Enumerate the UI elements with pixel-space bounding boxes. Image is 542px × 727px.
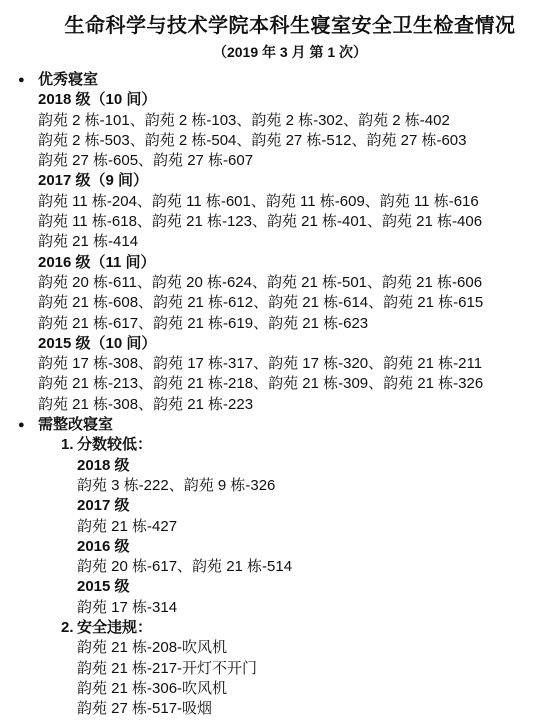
room-list-line: 韵苑 21 栋-608、韵苑 21 栋-612、韵苑 21 栋-614、韵苑 2… <box>38 293 542 313</box>
violation-line: 韵苑 27 栋-517-吸烟 <box>77 699 542 719</box>
bullet-icon: ● <box>18 70 38 90</box>
room-list-line: 韵苑 21 栋-427 <box>77 517 542 537</box>
room-list-line: 韵苑 11 栋-618、韵苑 21 栋-123、韵苑 21 栋-401、韵苑 2… <box>38 212 542 232</box>
numbered-item-row: 1.分数较低： <box>61 435 542 455</box>
violation-line: 韵苑 21 栋-208-吹风机 <box>77 638 542 658</box>
grade-label: 2016 级 <box>77 537 542 557</box>
grade-label: 2017 级 <box>77 496 542 516</box>
item-label: 分数较低： <box>77 435 152 455</box>
doc-subtitle: （2019 年 3 月 第 1 次） <box>38 43 542 62</box>
grade-label: 2015 级（10 间） <box>38 334 542 354</box>
grade-label: 2015 级 <box>77 577 542 597</box>
room-list-line: 韵苑 20 栋-611、韵苑 20 栋-624、韵苑 21 栋-501、韵苑 2… <box>38 273 542 293</box>
grade-label: 2017 级（9 间） <box>38 171 542 191</box>
room-list-line: 韵苑 2 栋-503、韵苑 2 栋-504、韵苑 27 栋-512、韵苑 27 … <box>38 131 542 151</box>
grade-label: 2018 级 <box>77 456 542 476</box>
room-list-line: 韵苑 17 栋-314 <box>77 598 542 618</box>
grade-label: 2018 级（10 间） <box>38 90 542 110</box>
doc-title: 生命科学与技术学院本科生寝室安全卫生检查情况 <box>38 14 542 38</box>
section-heading: 需整改寝室 <box>38 415 113 435</box>
violation-line: 韵苑 21 栋-306-吹风机 <box>77 679 542 699</box>
document-page: 生命科学与技术学院本科生寝室安全卫生检查情况 （2019 年 3 月 第 1 次… <box>0 0 542 727</box>
section-heading: 优秀寝室 <box>38 70 98 90</box>
section-bullet-row: ●需整改寝室 <box>0 415 542 435</box>
grade-label: 2016 级（11 间） <box>38 253 542 273</box>
section-content: 2018 级（10 间）韵苑 2 栋-101、韵苑 2 栋-103、韵苑 2 栋… <box>0 90 542 415</box>
room-list-line: 韵苑 21 栋-414 <box>38 232 542 252</box>
item-label: 安全违规： <box>77 618 152 638</box>
item-number: 2. <box>61 618 77 638</box>
doc-body: ●优秀寝室2018 级（10 间）韵苑 2 栋-101、韵苑 2 栋-103、韵… <box>0 70 542 720</box>
section-bullet-row: ●优秀寝室 <box>0 70 542 90</box>
doc-header: 生命科学与技术学院本科生寝室安全卫生检查情况 （2019 年 3 月 第 1 次… <box>38 14 542 62</box>
violation-line: 韵苑 21 栋-217-开灯不开门 <box>77 659 542 679</box>
room-list-line: 韵苑 2 栋-101、韵苑 2 栋-103、韵苑 2 栋-302、韵苑 2 栋-… <box>38 111 542 131</box>
room-list-line: 韵苑 3 栋-222、韵苑 9 栋-326 <box>77 476 542 496</box>
numbered-item-row: 2.安全违规： <box>61 618 542 638</box>
numbered-item-content: 韵苑 21 栋-208-吹风机韵苑 21 栋-217-开灯不开门韵苑 21 栋-… <box>38 638 542 719</box>
room-list-line: 韵苑 21 栋-308、韵苑 21 栋-223 <box>38 395 542 415</box>
room-list-line: 韵苑 11 栋-204、韵苑 11 栋-601、韵苑 11 栋-609、韵苑 1… <box>38 192 542 212</box>
room-list-line: 韵苑 21 栋-213、韵苑 21 栋-218、韵苑 21 栋-309、韵苑 2… <box>38 374 542 394</box>
room-list-line: 韵苑 27 栋-605、韵苑 27 栋-607 <box>38 151 542 171</box>
room-list-line: 韵苑 20 栋-617、韵苑 21 栋-514 <box>77 557 542 577</box>
section-content: 1.分数较低：2018 级韵苑 3 栋-222、韵苑 9 栋-3262017 级… <box>0 435 542 719</box>
room-list-line: 韵苑 21 栋-617、韵苑 21 栋-619、韵苑 21 栋-623 <box>38 314 542 334</box>
bullet-icon: ● <box>18 415 38 435</box>
item-number: 1. <box>61 435 77 455</box>
room-list-line: 韵苑 17 栋-308、韵苑 17 栋-317、韵苑 17 栋-320、韵苑 2… <box>38 354 542 374</box>
numbered-item-content: 2018 级韵苑 3 栋-222、韵苑 9 栋-3262017 级韵苑 21 栋… <box>38 456 542 618</box>
